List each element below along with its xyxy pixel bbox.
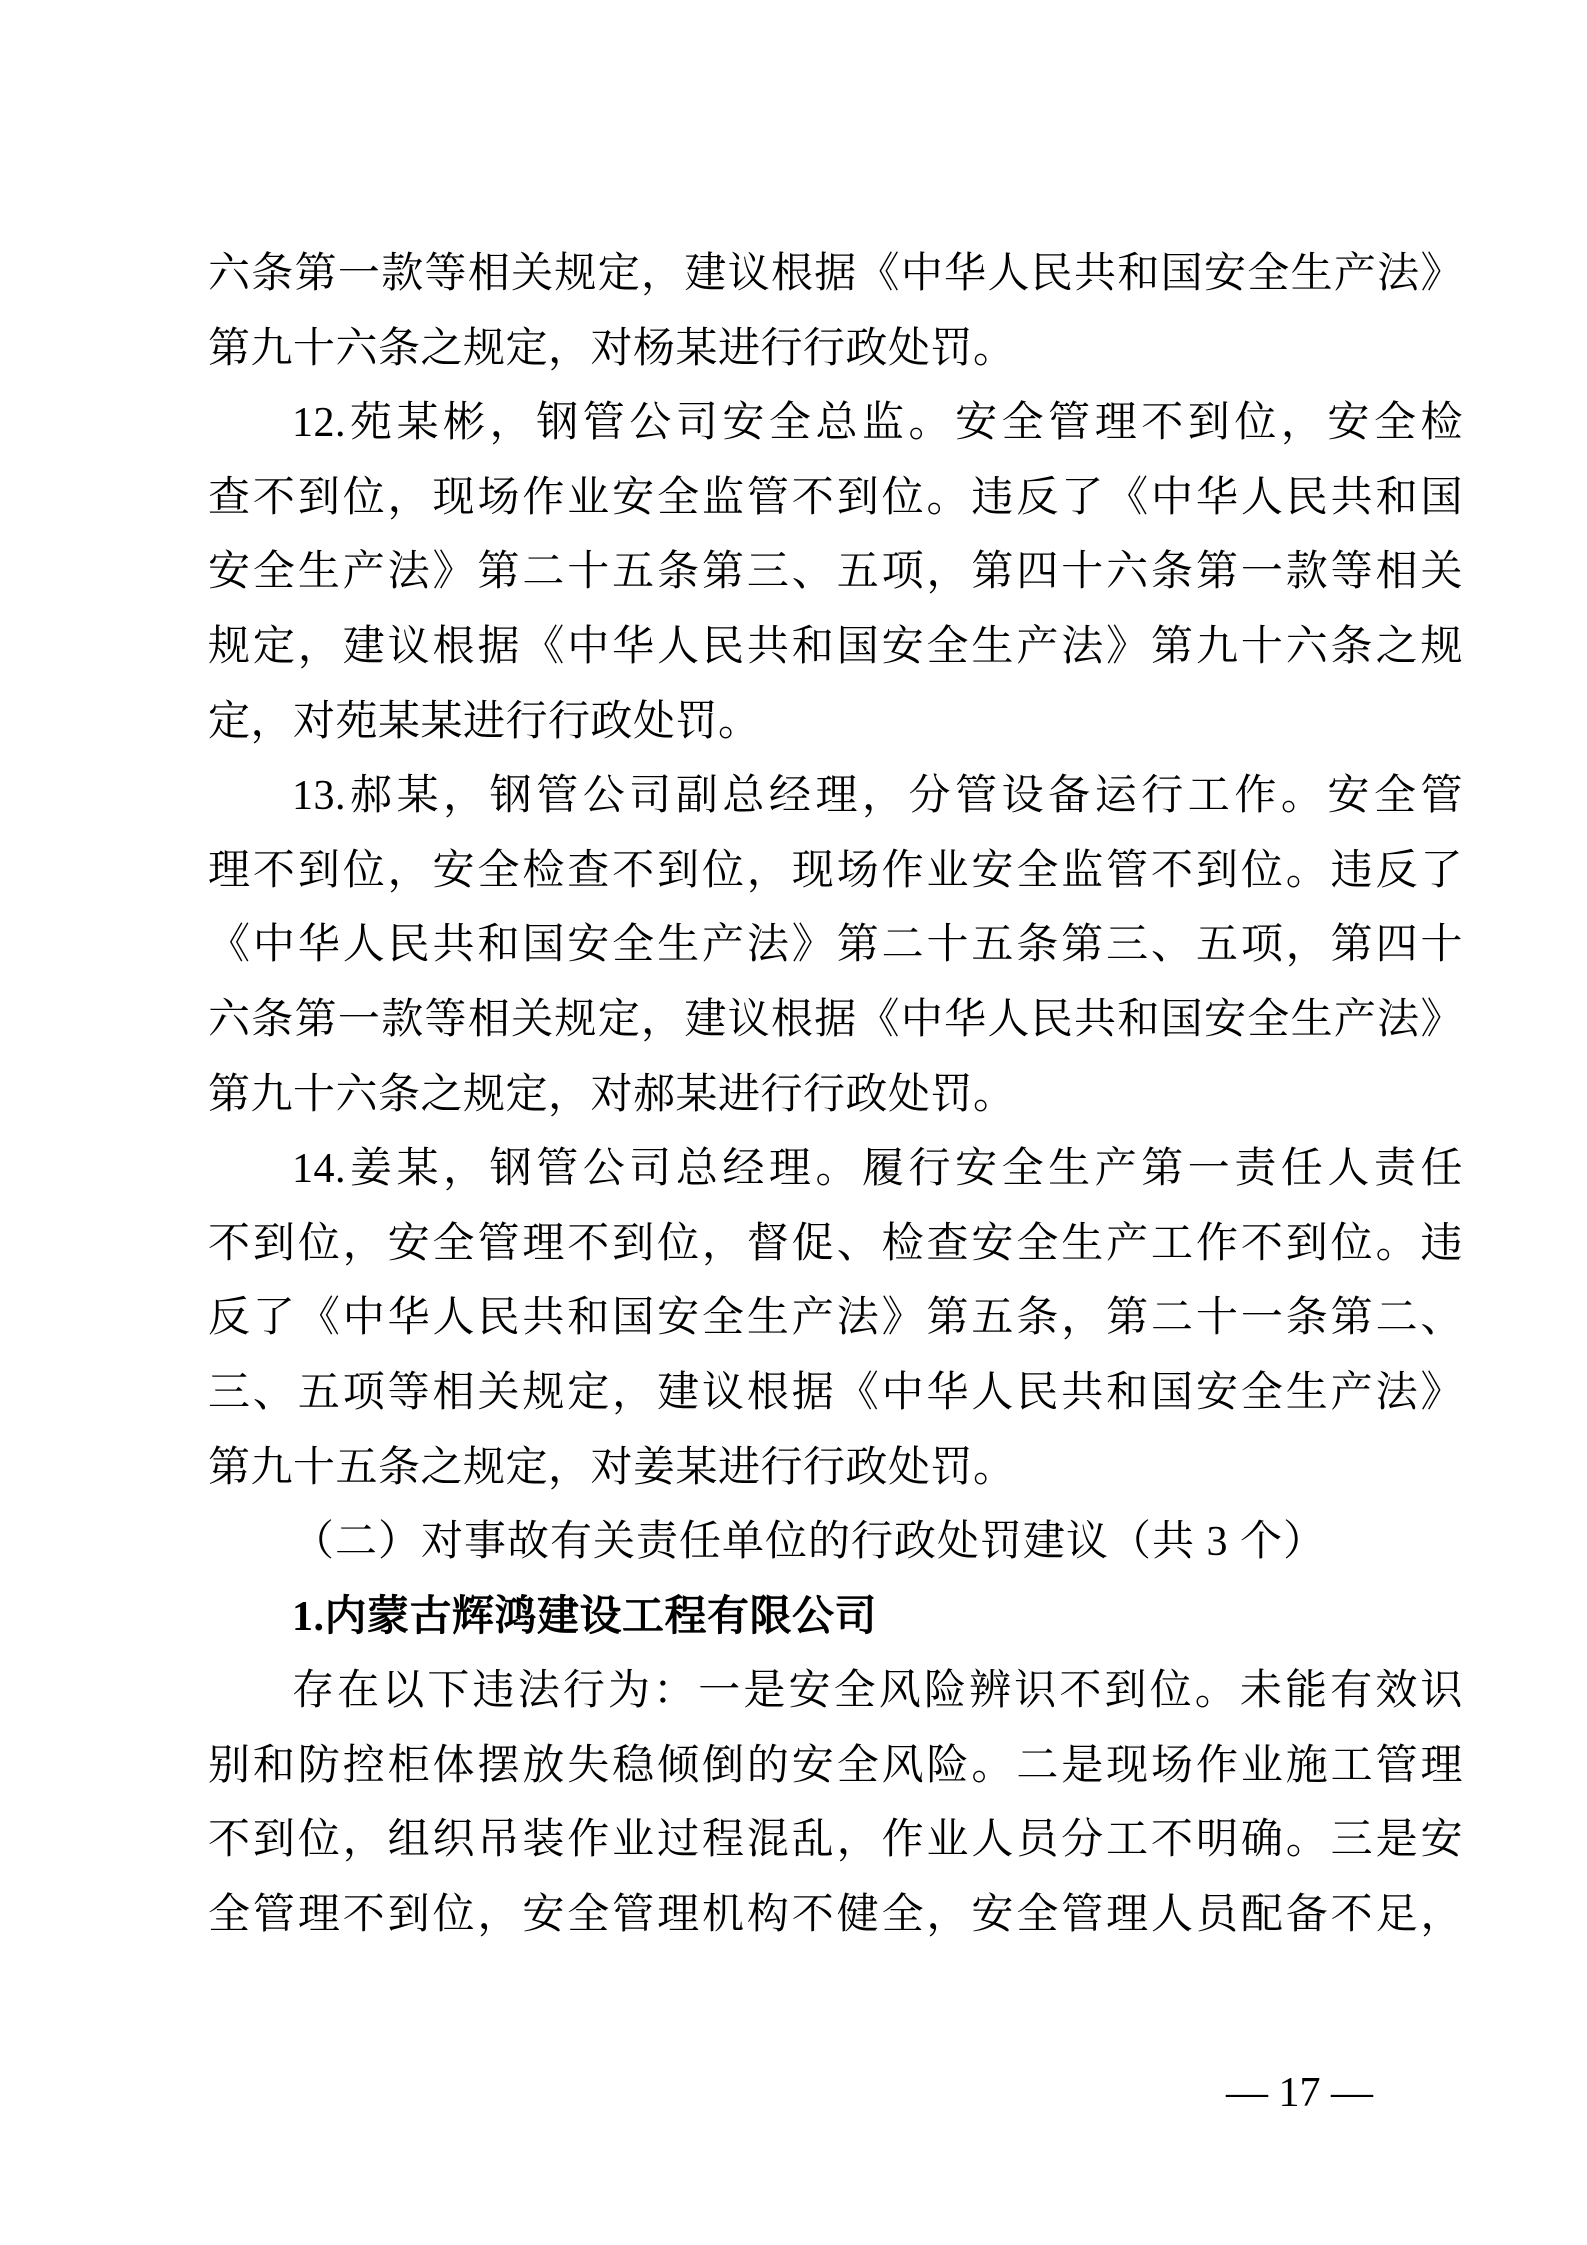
document-page: 六条第一款等相关规定，建议根据《中华人民共和国安全生产法》第九十六条之规定，对杨…	[0, 0, 1587, 2245]
para-14-jiang-line-2: 不到位，安全管理不到位，督促、检查安全生产工作不到位。违	[208, 1207, 1463, 1282]
para-14-jiang-line-1: 14.姜某，钢管公司总经理。履行安全生产第一责任人责任	[208, 1132, 1463, 1207]
para-13-hao-line-4: 六条第一款等相关规定，建议根据《中华人民共和国安全生产法》	[208, 983, 1463, 1058]
page-number: — 17 —	[1226, 2068, 1373, 2118]
para-13-hao-line-1: 13.郝某，钢管公司副总经理，分管设备运行工作。安全管	[208, 759, 1463, 834]
para-12-yuan-line-4: 规定，建议根据《中华人民共和国安全生产法》第九十六条之规	[208, 610, 1463, 685]
para-12-yuan-line-2: 查不到位，现场作业安全监管不到位。违反了《中华人民共和国	[208, 461, 1463, 536]
para-13-hao-line-3: 《中华人民共和国安全生产法》第二十五条第三、五项，第四十	[208, 908, 1463, 983]
para-company-1-violations-line-1: 存在以下违法行为：一是安全风险辨识不到位。未能有效识	[208, 1654, 1463, 1729]
para-company-1-violations-line-3: 不到位，组织吊装作业过程混乱，作业人员分工不明确。三是安	[208, 1803, 1463, 1878]
para-12-yuan-line-5: 定，对苑某某进行行政处罚。	[208, 685, 1463, 760]
para-yang-continuation-line-1: 六条第一款等相关规定，建议根据《中华人民共和国安全生产法》	[208, 237, 1463, 312]
para-14-jiang-line-4: 三、五项等相关规定，建议根据《中华人民共和国安全生产法》	[208, 1356, 1463, 1431]
para-13-hao-line-2: 理不到位，安全检查不到位，现场作业安全监管不到位。违反了	[208, 834, 1463, 909]
para-13-hao-line-5: 第九十六条之规定，对郝某进行行政处罚。	[208, 1058, 1463, 1133]
heading-company-1-line-1: 1.内蒙古辉鸿建设工程有限公司	[208, 1580, 1463, 1655]
para-12-yuan-line-1: 12.苑某彬，钢管公司安全总监。安全管理不到位，安全检	[208, 386, 1463, 461]
para-14-jiang-line-3: 反了《中华人民共和国安全生产法》第五条，第二十一条第二、	[208, 1281, 1463, 1356]
heading-section-2-line-1: （二）对事故有关责任单位的行政处罚建议（共 3 个）	[208, 1505, 1463, 1580]
para-yang-continuation-line-2: 第九十六条之规定，对杨某进行行政处罚。	[208, 312, 1463, 387]
para-12-yuan-line-3: 安全生产法》第二十五条第三、五项，第四十六条第一款等相关	[208, 535, 1463, 610]
para-company-1-violations-line-4: 全管理不到位，安全管理机构不健全，安全管理人员配备不足，	[208, 1878, 1463, 1953]
para-14-jiang-line-5: 第九十五条之规定，对姜某进行行政处罚。	[208, 1431, 1463, 1506]
document-body: 六条第一款等相关规定，建议根据《中华人民共和国安全生产法》第九十六条之规定，对杨…	[208, 237, 1463, 1953]
para-company-1-violations-line-2: 别和防控柜体摆放失稳倾倒的安全风险。二是现场作业施工管理	[208, 1729, 1463, 1804]
